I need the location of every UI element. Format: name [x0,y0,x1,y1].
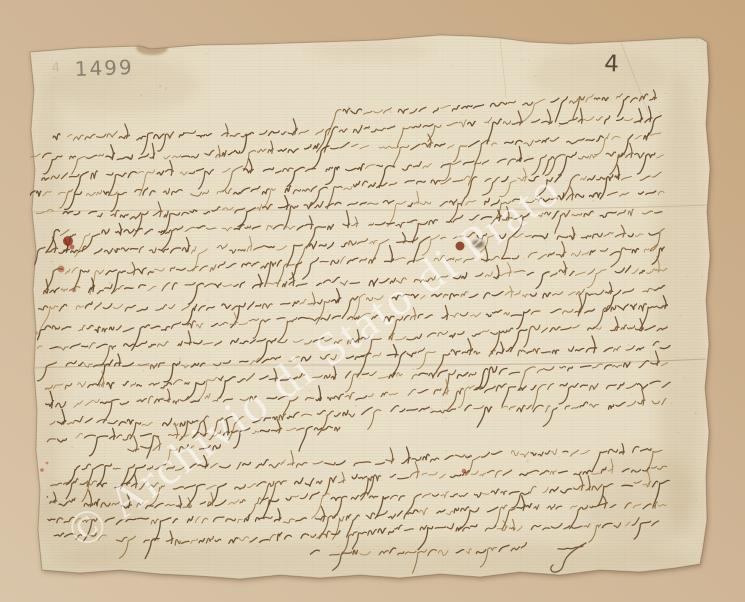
wax-stain [58,266,65,273]
wax-stain [36,332,39,335]
pencil-number: 1499 [74,55,134,81]
wax-stain [72,288,77,293]
scanned-document-viewer: 4 1499 4 © Archivio di Stato di Prato [0,0,745,602]
wax-stain [63,236,73,246]
wax-stain [462,469,467,474]
faint-pencil-mark: 4 [51,60,60,76]
wax-stain [40,468,44,472]
page-number: 4 [604,51,620,77]
document-scan: 4 1499 4 © Archivio di Stato di Prato [0,0,745,602]
wax-stain [70,245,75,250]
wax-stain [46,462,49,465]
